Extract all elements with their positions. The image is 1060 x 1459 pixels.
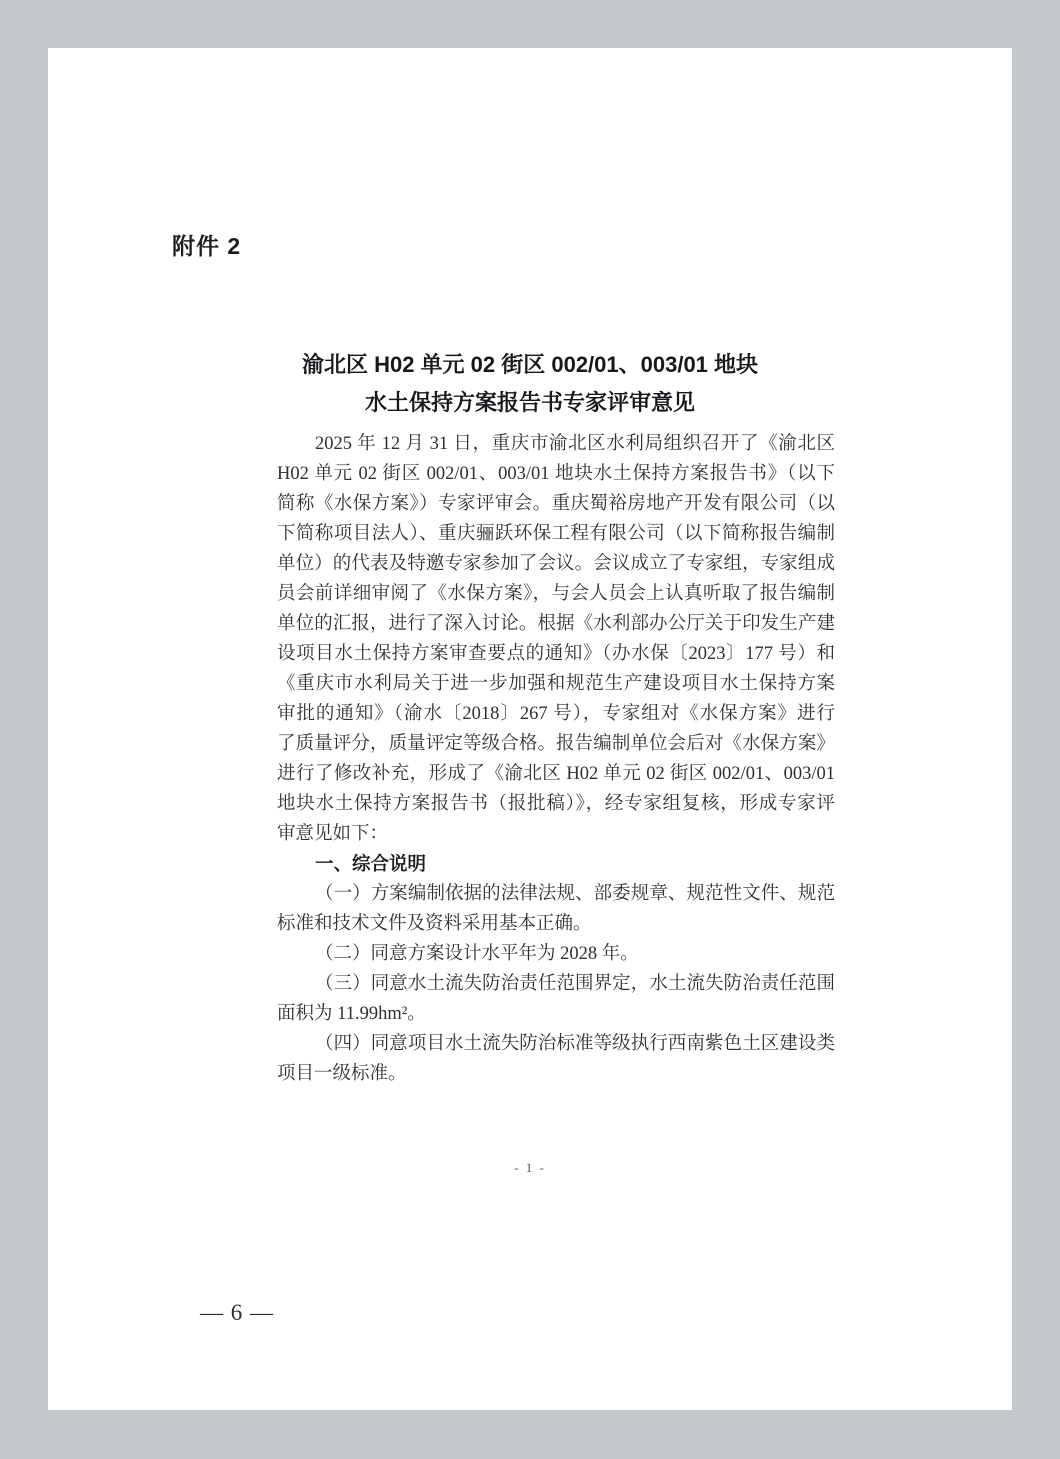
item-1-line: 标准和技术文件及资料采用基本正确。 [277, 909, 835, 939]
document-page: 附件 2 渝北区 H02 单元 02 街区 002/01、003/01 地块 水… [48, 48, 1012, 1410]
body-line: 2025 年 12 月 31 日，重庆市渝北区水利局组织召开了《渝北区 [277, 429, 835, 459]
body-line: 员会前详细审阅了《水保方案》，与会人员会上认真听取了报告编制 [277, 579, 835, 609]
body-line: 了质量评分，质量评定等级合格。报告编制单位会后对《水保方案》 [277, 729, 835, 759]
item-1-line: （一）方案编制依据的法律法规、部委规章、规范性文件、规范 [277, 879, 835, 909]
item-2-line: （二）同意方案设计水平年为 2028 年。 [277, 939, 835, 969]
body-line: 进行了修改补充，形成了《渝北区 H02 单元 02 街区 002/01、003/… [277, 759, 835, 789]
body-line: H02 单元 02 街区 002/01、003/01 地块水土保持方案报告书》（… [277, 459, 835, 489]
item-3-line: （三）同意水土流失防治责任范围界定，水土流失防治责任范围 [277, 969, 835, 999]
outer-page-number: — 6 — [200, 1300, 274, 1326]
body-line: 单位的汇报，进行了深入讨论。根据《水利部办公厅关于印发生产建 [277, 609, 835, 639]
scan-backdrop: 附件 2 渝北区 H02 单元 02 街区 002/01、003/01 地块 水… [0, 0, 1060, 1459]
body-line: 《重庆市水利局关于进一步加强和规范生产建设项目水土保持方案 [277, 669, 835, 699]
body-line: 下简称项目法人）、重庆骊跃环保工程有限公司（以下简称报告编制 [277, 519, 835, 549]
title-line-1: 渝北区 H02 单元 02 街区 002/01、003/01 地块 [48, 346, 1012, 384]
attachment-label: 附件 2 [172, 228, 241, 261]
title-line-2: 水土保持方案报告书专家评审意见 [48, 384, 1012, 422]
section-heading: 一、综合说明 [277, 849, 835, 879]
document-body: 2025 年 12 月 31 日，重庆市渝北区水利局组织召开了《渝北区 H02 … [277, 429, 835, 1089]
body-line: 简称《水保方案》）专家评审会。重庆蜀裕房地产开发有限公司（以 [277, 489, 835, 519]
item-4-line: （四）同意项目水土流失防治标准等级执行西南紫色土区建设类 [277, 1029, 835, 1059]
document-title: 渝北区 H02 单元 02 街区 002/01、003/01 地块 水土保持方案… [48, 346, 1012, 422]
body-line: 地块水土保持方案报告书（报批稿）》，经专家组复核，形成专家评 [277, 789, 835, 819]
body-line: 设项目水土保持方案审查要点的通知》（办水保〔2023〕177 号）和 [277, 639, 835, 669]
item-3-line: 面积为 11.99hm²。 [277, 999, 835, 1029]
body-line: 审批的通知》（渝水〔2018〕267 号），专家组对《水保方案》进行 [277, 699, 835, 729]
body-line: 审意见如下： [277, 819, 835, 849]
inner-page-number: - 1 - [48, 1160, 1012, 1176]
item-4-line: 项目一级标准。 [277, 1059, 835, 1089]
body-line: 单位）的代表及特邀专家参加了会议。会议成立了专家组，专家组成 [277, 549, 835, 579]
